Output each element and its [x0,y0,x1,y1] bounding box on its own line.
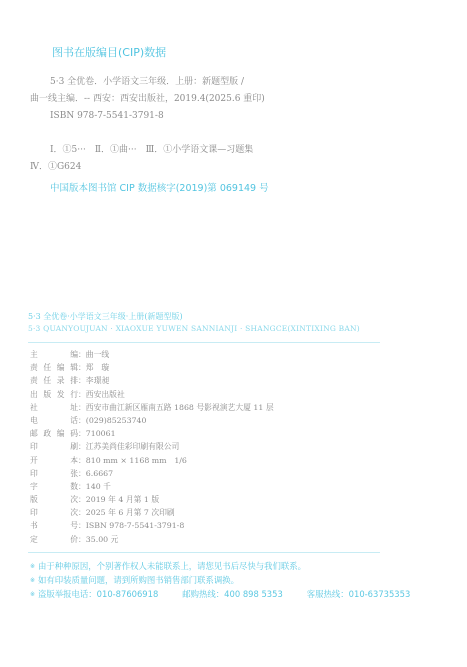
reference-mark-icon: ※ [30,563,35,570]
cip-record: 5·3 全优卷．小学语文三年级．上册：新题型版 / 曲一线主编．-- 西安：西安… [30,74,330,176]
info-row-phone: 电 话：(029)85253740 [30,414,274,427]
reference-mark-icon: ※ [30,577,35,584]
cip-line-2: 曲一线主编．-- 西安：西安出版社，2019.4(2025.6 重印) [30,91,330,108]
cip-record-number: 中国版本图书馆 CIP 数据核字(2019)第 069149 号 [50,180,269,194]
info-row-price: 定 价：35.00 元 [30,533,274,546]
notices: ※由于种种原因，个别著作权人未能联系上，请您见书后尽快与我们联系。 ※如有印装质… [30,559,410,601]
info-row-printer: 印 刷：江苏美尚佳彩印刷有限公司 [30,440,274,453]
notice-copyright: ※由于种种原因，个别著作权人未能联系上，请您见书后尽快与我们联系。 [30,559,410,573]
info-row-isbn: 书 号：ISBN 978-7-5541-3791-8 [30,519,274,532]
cip-classification-1: Ⅰ．①5··· Ⅱ．①曲··· Ⅲ．①小学语文课—习题集 [30,142,330,159]
cip-line-1: 5·3 全优卷．小学语文三年级．上册：新题型版 / [30,74,330,91]
info-row-word-count: 字 数：140 千 [30,480,274,493]
piracy-hotline: 盗版举报电话：010-87606918 [38,589,158,599]
info-row-editor: 主 编：曲一线 [30,348,274,361]
info-row-responsible-editor: 责任编辑：郑 璇 [30,361,274,374]
cip-title: 图书在版编目(CIP)数据 [52,44,166,60]
notice-hotlines: ※盗版举报电话：010-87606918邮购热线：400 898 5353客服热… [30,587,410,601]
info-row-publisher: 出版发行：西安出版社 [30,388,274,401]
info-row-postcode: 邮政编码：710061 [30,427,274,440]
mail-order-hotline: 邮购热线：400 898 5353 [182,589,282,599]
reference-mark-icon: ※ [30,591,35,598]
info-row-format: 开 本：810 mm × 1168 mm 1/6 [30,454,274,467]
info-row-typesetting: 责任录排：李璟昶 [30,374,274,387]
customer-service-hotline: 客服热线：010-63735353 [307,589,411,599]
book-title-pinyin: 5·3 QUANYOUJUAN · XIAOXUE YUWEN SANNIANJ… [28,324,360,333]
info-row-sheets: 印 张：6.6667 [30,467,274,480]
info-row-printing: 印 次：2025 年 6 月第 7 次印刷 [30,506,274,519]
notice-quality: ※如有印装质量问题，请到所购图书销售部门联系调换。 [30,573,410,587]
book-title-zh: 5·3 全优卷·小学语文三年级·上册(新题型版) [28,311,183,322]
info-row-edition: 版 次：2019 年 4 月第 1 版 [30,493,274,506]
bottom-divider [28,552,380,553]
cip-isbn: ISBN 978-7-5541-3791-8 [30,108,330,125]
publication-info: 主 编：曲一线 责任编辑：郑 璇 责任录排：李璟昶 出版发行：西安出版社 社 址… [30,348,274,546]
top-divider [28,342,380,343]
info-row-address: 社 址：西安市曲江新区雁南五路 1868 号影视演艺大厦 11 层 [30,401,274,414]
cip-classification-2: Ⅳ．①G624 [30,159,330,176]
